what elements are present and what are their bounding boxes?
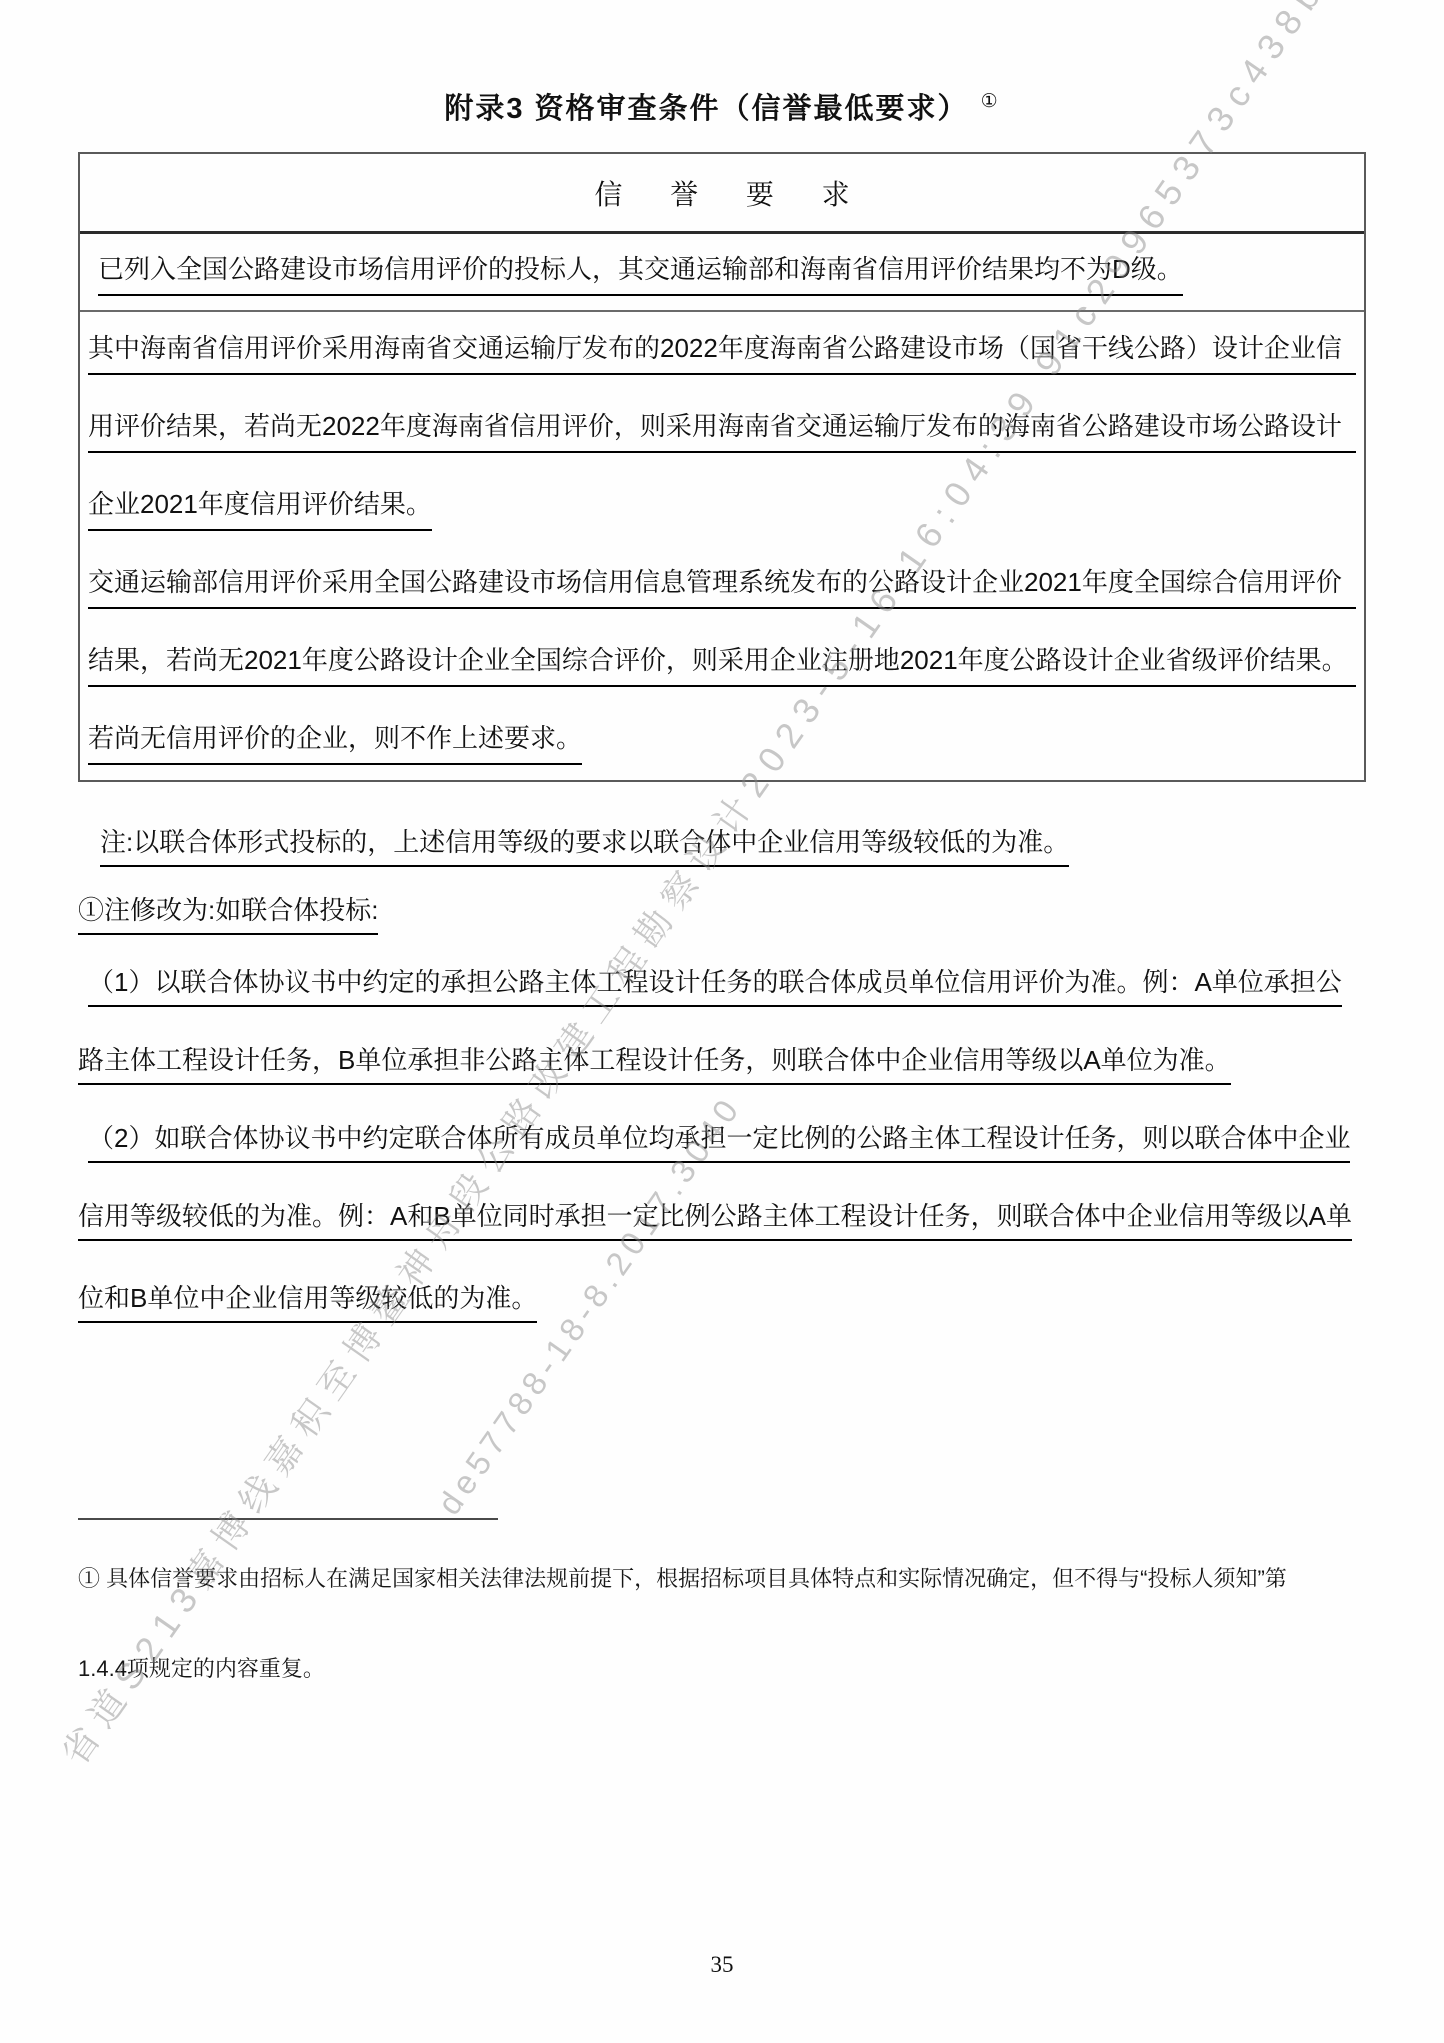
table-row: 若尚无信用评价的企业，则不作上述要求。 xyxy=(80,702,1364,780)
clause-2-line: （2）如联合体协议书中约定联合体所有成员单位均承担一定比例的公路主体工程设计任务… xyxy=(78,1118,1366,1155)
footnote-line: 1.4.4项规定的内容重复。 xyxy=(78,1652,1388,1683)
page-title: 附录3 资格审查条件（信誉最低要求）① xyxy=(0,86,1444,127)
document-page: 省道S213嘉博线嘉积至博鳌神舟段公路改建工程勘察设计2023-5-16 16:… xyxy=(0,0,1444,2043)
table-row-text: 已列入全国公路建设市场信用评价的投标人，其交通运输部和海南省信用评价结果均不为D… xyxy=(98,249,1183,296)
table-row-text: 其中海南省信用评价采用海南省交通运输厅发布的2022年度海南省公路建设市场（国省… xyxy=(88,328,1356,375)
table-row: 已列入全国公路建设市场信用评价的投标人，其交通运输部和海南省信用评价结果均不为D… xyxy=(80,234,1364,312)
clause-2-line: 信用等级较低的为准。例：A和B单位同时承担一定比例公路主体工程设计任务，则联合体… xyxy=(78,1196,1366,1233)
footnote-ref-superscript: ① xyxy=(981,91,1000,112)
table-row: 交通运输部信用评价采用全国公路建设市场信用信息管理系统发布的公路设计企业2021… xyxy=(80,546,1364,624)
table-row-text: 用评价结果，若尚无2022年度海南省信用评价，则采用海南省交通运输厅发布的海南省… xyxy=(88,406,1356,453)
clause-2-text: 位和B单位中企业信用等级较低的为准。 xyxy=(78,1283,537,1323)
table-row: 结果，若尚无2021年度公路设计企业全国综合评价，则采用企业注册地2021年度公… xyxy=(80,624,1364,702)
note-text: 注:以联合体形式投标的，上述信用等级的要求以联合体中企业信用等级较低的为准。 xyxy=(100,827,1069,867)
page-title-text: 附录3 资格审查条件（信誉最低要求） xyxy=(444,93,968,125)
credit-requirements-table: 信 誉 要 求 已列入全国公路建设市场信用评价的投标人，其交通运输部和海南省信用… xyxy=(78,152,1366,782)
note-line: 注:以联合体形式投标的，上述信用等级的要求以联合体中企业信用等级较低的为准。 xyxy=(78,822,1366,859)
table-row: 用评价结果，若尚无2022年度海南省信用评价，则采用海南省交通运输厅发布的海南省… xyxy=(80,390,1364,468)
clause-2-line: 位和B单位中企业信用等级较低的为准。 xyxy=(78,1278,1366,1315)
table-row-text: 交通运输部信用评价采用全国公路建设市场信用信息管理系统发布的公路设计企业2021… xyxy=(88,562,1356,609)
page-number: 35 xyxy=(0,1952,1444,1978)
amendment-heading-text: ①注修改为:如联合体投标: xyxy=(78,895,378,935)
table-row: 企业2021年度信用评价结果。 xyxy=(80,468,1364,546)
footnote-line: ① 具体信誉要求由招标人在满足国家相关法律法规前提下，根据招标项目具体特点和实际… xyxy=(78,1562,1388,1593)
clause-1-text: 路主体工程设计任务，B单位承担非公路主体工程设计任务，则联合体中企业信用等级以A… xyxy=(78,1045,1231,1085)
table-row: 其中海南省信用评价采用海南省交通运输厅发布的2022年度海南省公路建设市场（国省… xyxy=(80,312,1364,390)
amendment-heading: ①注修改为:如联合体投标: xyxy=(78,890,1366,927)
table-row-text: 结果，若尚无2021年度公路设计企业全国综合评价，则采用企业注册地2021年度公… xyxy=(88,640,1356,687)
clause-1-text: （1）以联合体协议书中约定的承担公路主体工程设计任务的联合体成员单位信用评价为准… xyxy=(88,967,1342,1007)
clause-2-text: 信用等级较低的为准。例：A和B单位同时承担一定比例公路主体工程设计任务，则联合体… xyxy=(78,1201,1352,1241)
clause-1-line: （1）以联合体协议书中约定的承担公路主体工程设计任务的联合体成员单位信用评价为准… xyxy=(78,962,1366,999)
footnote-separator xyxy=(78,1518,498,1520)
table-row-text: 若尚无信用评价的企业，则不作上述要求。 xyxy=(88,718,582,765)
clause-1-line: 路主体工程设计任务，B单位承担非公路主体工程设计任务，则联合体中企业信用等级以A… xyxy=(78,1040,1366,1077)
table-header-cell: 信 誉 要 求 xyxy=(80,154,1364,234)
table-row-text: 企业2021年度信用评价结果。 xyxy=(88,484,432,531)
clause-2-text: （2）如联合体协议书中约定联合体所有成员单位均承担一定比例的公路主体工程设计任务… xyxy=(88,1123,1350,1163)
